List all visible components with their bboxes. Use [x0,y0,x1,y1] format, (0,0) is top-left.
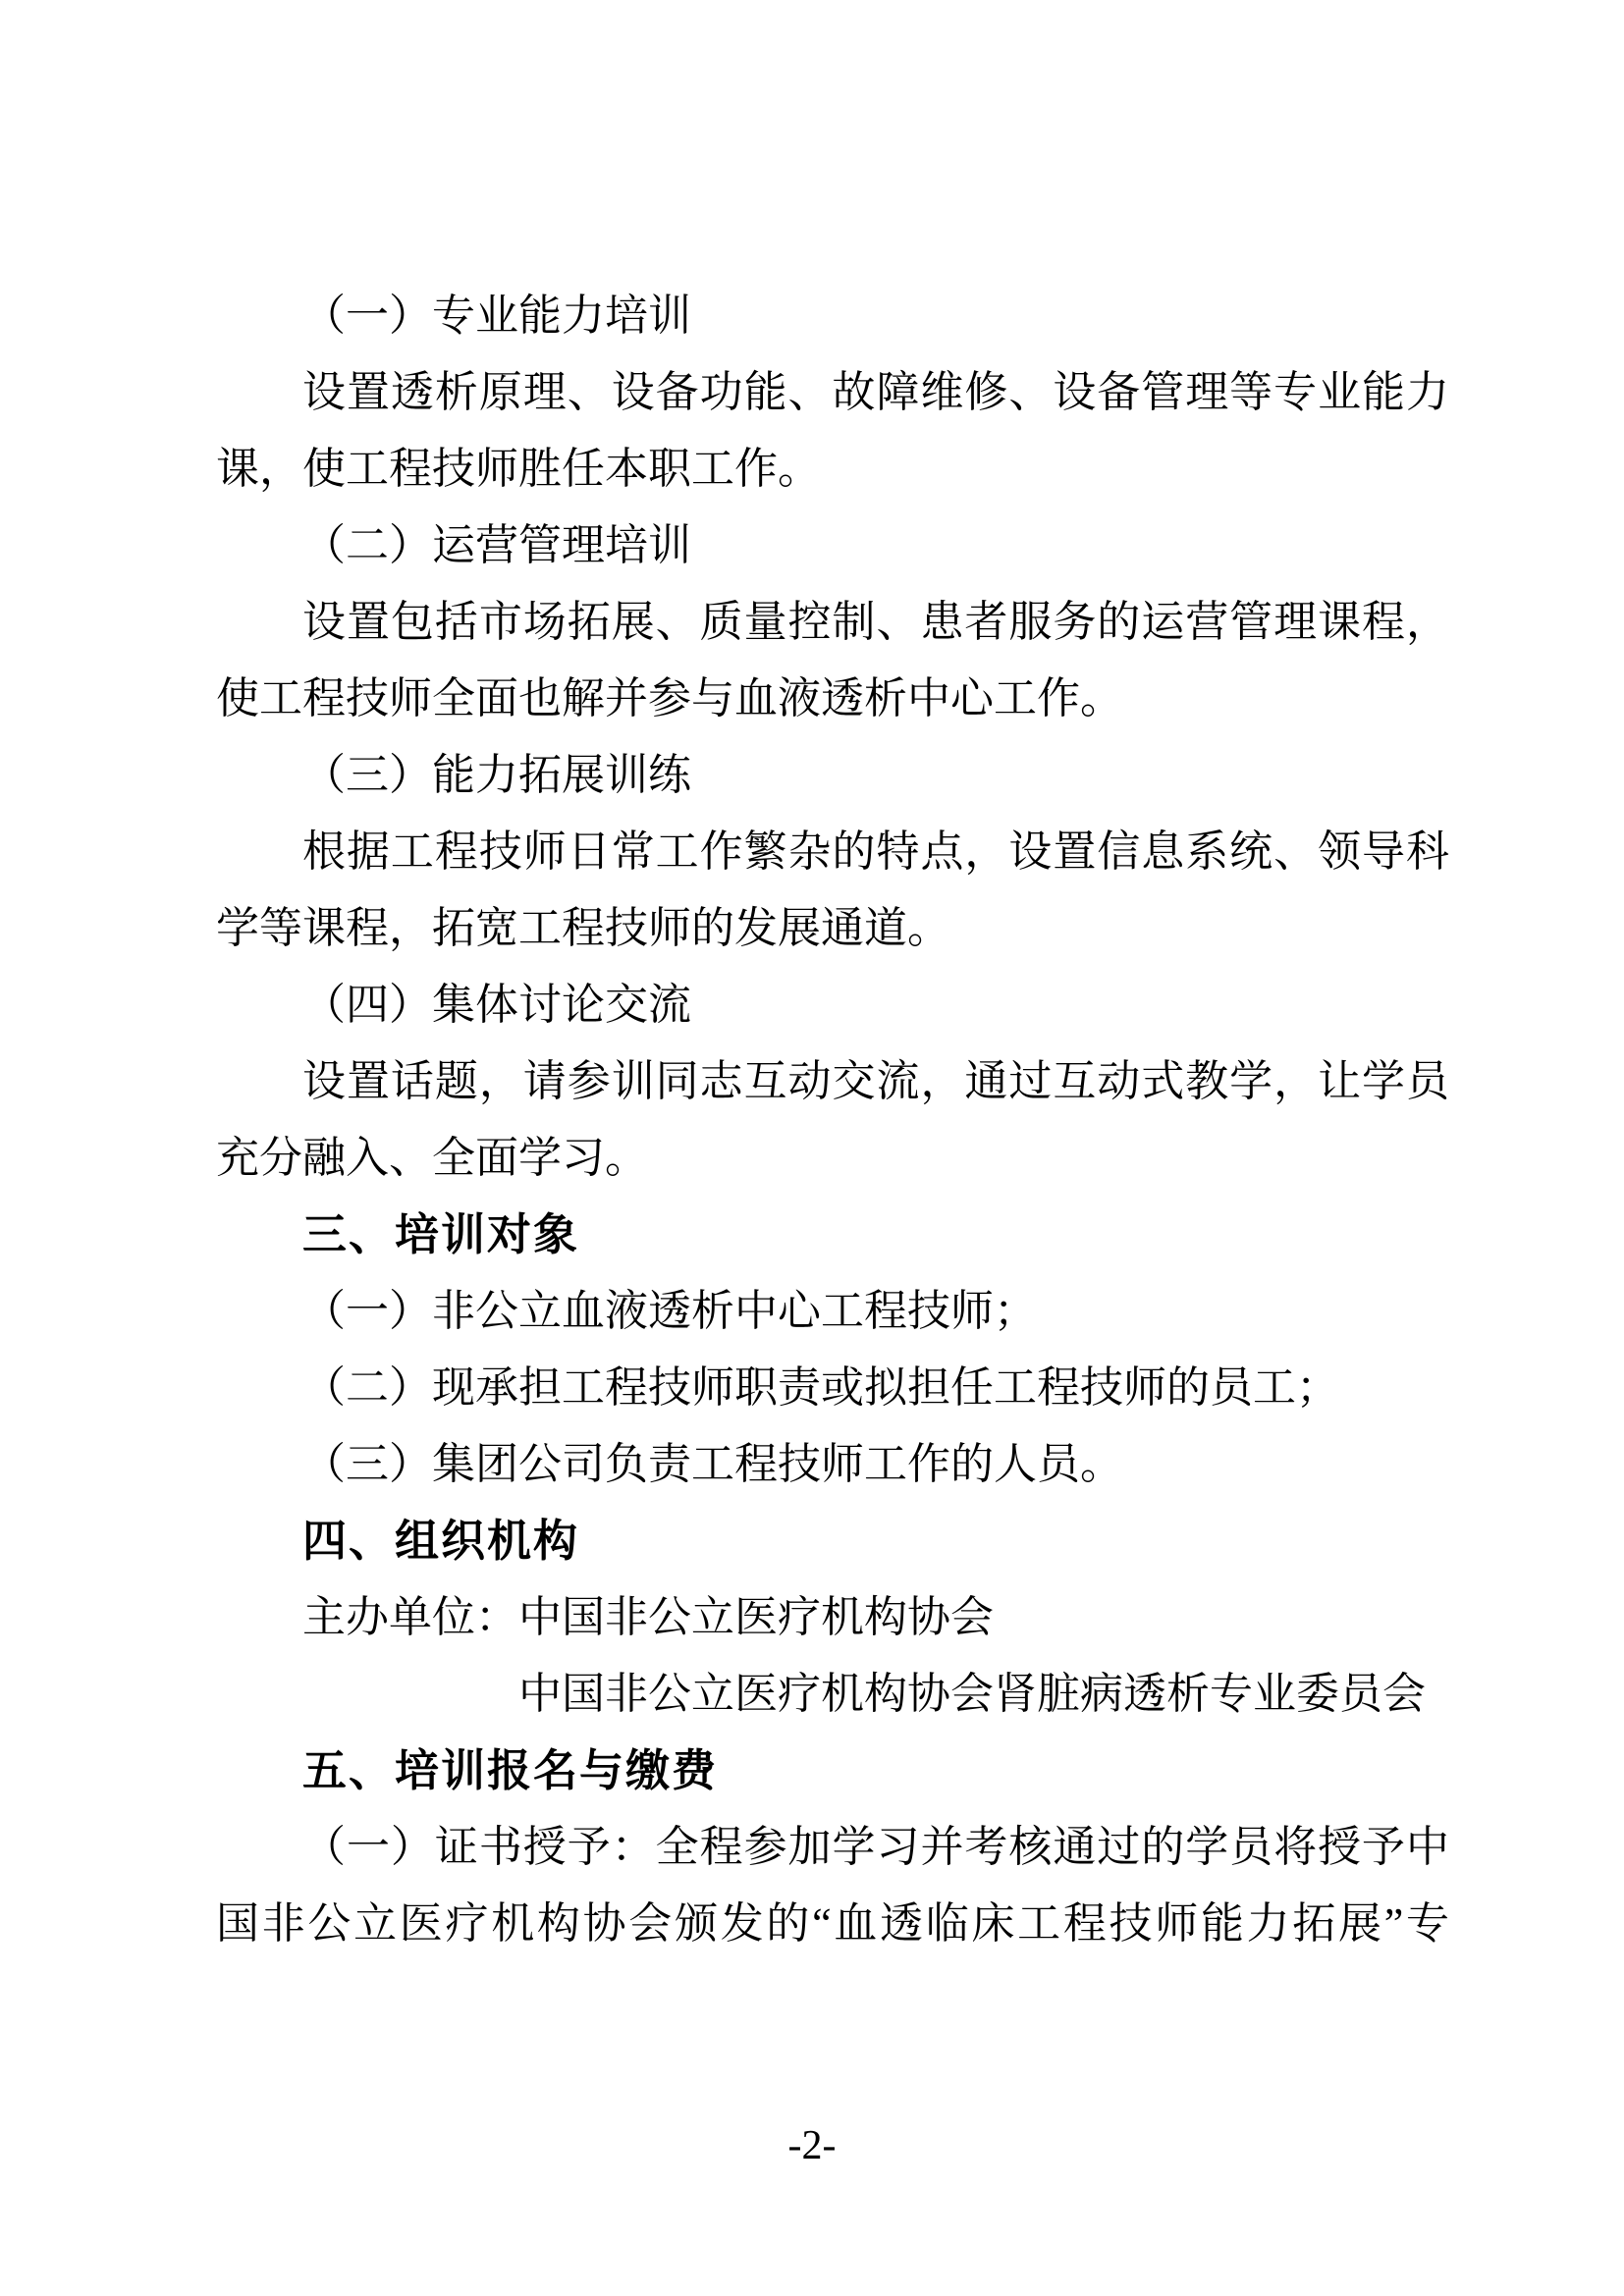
subsection-heading-professional-ability: （一）专业能力培训 [216,278,1449,354]
page-number: -2- [0,2116,1624,2175]
paragraph-line: （一）证书授予：全程参加学习并考核通过的学员将授予中 [216,1809,1449,1886]
list-item-line: （二）现承担工程技师职责或拟担任工程技师的员工； [216,1350,1449,1426]
document-page: （一）专业能力培训 设置透析原理、设备功能、故障维修、设备管理等专业能力 课，使… [0,0,1624,2296]
subsection-heading-ability-expansion: （三）能力拓展训练 [216,737,1449,814]
paragraph-line: 设置包括市场拓展、质量控制、患者服务的运营管理课程， [216,584,1449,661]
paragraph-line: 充分融入、全面学习。 [216,1120,1449,1197]
paragraph-line: 使工程技师全面也解并参与血液透析中心工作。 [216,661,1449,737]
paragraph-line: 根据工程技师日常工作繁杂的特点，设置信息系统、领导科 [216,814,1449,890]
section-heading-organization: 四、组织机构 [216,1503,1449,1579]
paragraph-line: 国非公立医疗机构协会颁发的“血透临床工程技师能力拓展”专 [216,1886,1449,1962]
subsection-heading-operation-management: （二）运营管理培训 [216,507,1449,584]
section-heading-training-targets: 三、培训对象 [216,1197,1449,1273]
paragraph-line: 设置话题，请参训同志互动交流，通过互动式教学，让学员 [216,1043,1449,1120]
paragraph-line: 学等课程，拓宽工程技师的发展通道。 [216,890,1449,967]
paragraph-line: 课，使工程技师胜任本职工作。 [216,431,1449,507]
paragraph-line: 设置透析原理、设备功能、故障维修、设备管理等专业能力 [216,354,1449,431]
list-item-line: （三）集团公司负责工程技师工作的人员。 [216,1426,1449,1503]
list-item-line: （一）非公立血液透析中心工程技师； [216,1273,1449,1350]
subsection-heading-group-discussion: （四）集体讨论交流 [216,967,1449,1043]
organizer-line-2: 中国非公立医疗机构协会肾脏病透析专业委员会 [216,1656,1449,1733]
organizer-line: 主办单位：中国非公立医疗机构协会 [216,1579,1449,1656]
section-heading-registration-payment: 五、培训报名与缴费 [216,1733,1449,1809]
document-body: （一）专业能力培训 设置透析原理、设备功能、故障维修、设备管理等专业能力 课，使… [0,0,1624,1962]
